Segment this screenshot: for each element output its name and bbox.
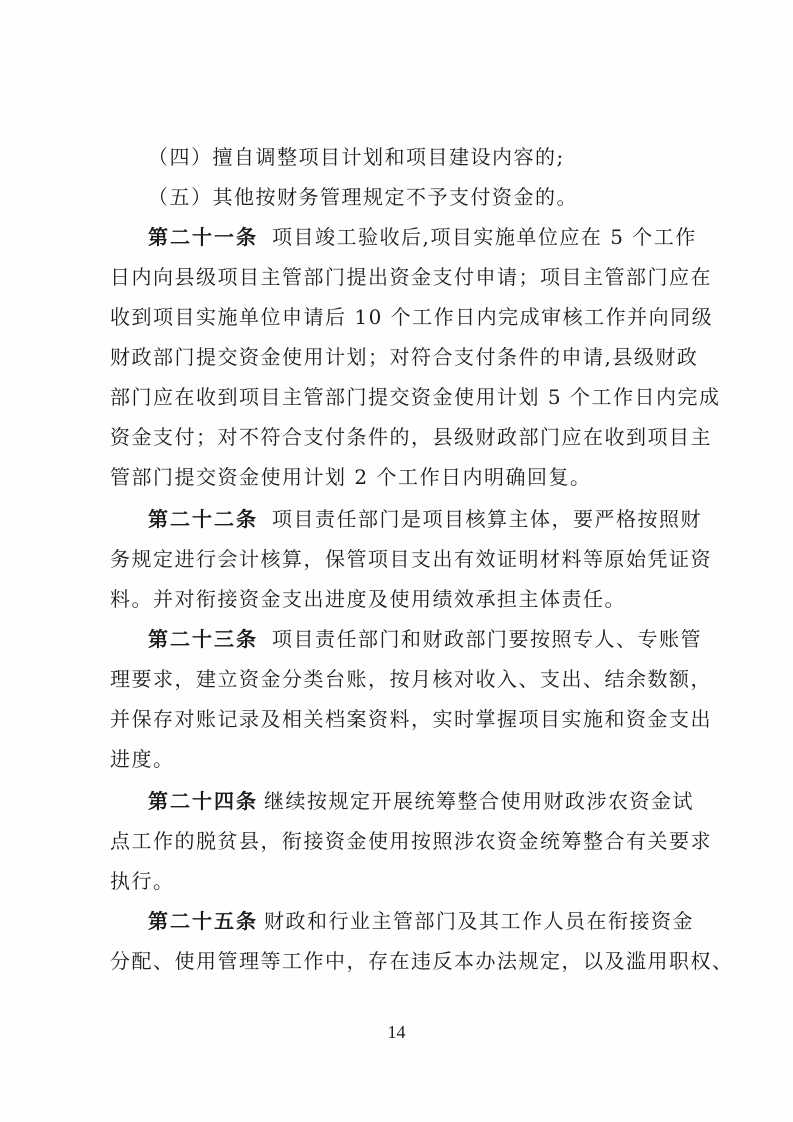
article-21-line-1: 第二十一条项目竣工验收后,项目实施单位应在 5 个工作	[148, 222, 690, 252]
article-title: 第二十四条	[148, 789, 258, 813]
article-21-line-4: 财政部门提交资金使用计划；对符合支付条件的申请,县级财政	[110, 342, 690, 372]
article-24-line-1: 第二十四条继续按规定开展统筹整合使用财政涉农资金试	[148, 786, 690, 816]
article-24-line-3: 执行。	[110, 866, 690, 896]
article-25-line-1: 第二十五条财政和行业主管部门及其工作人员在衔接资金	[148, 906, 690, 936]
article-21-line-5: 部门应在收到项目主管部门提交资金使用计划 5 个工作日内完成	[110, 382, 690, 412]
article-21-line-6: 资金支付；对不符合支付条件的，县级财政部门应在收到项目主	[110, 422, 690, 452]
article-22-line-3: 料。并对衔接资金支出进度及使用绩效承担主体责任。	[110, 584, 690, 614]
list-item-text: 其他按财务管理规定不予支付资金的。	[213, 185, 579, 209]
article-text: 项目责任部门是项目核算主体，要严格按照财	[272, 507, 702, 531]
article-21-line-2: 日内向县级项目主管部门提出资金支付申请；项目主管部门应在	[110, 262, 690, 292]
article-title: 第二十三条	[148, 627, 258, 651]
list-item-4: （四）擅自调整项目计划和项目建设内容的;	[148, 142, 690, 172]
article-text: 项目竣工验收后,项目实施单位应在 5 个工作	[272, 225, 697, 249]
article-21-line-7: 管部门提交资金使用计划 2 个工作日内明确回复。	[110, 462, 690, 492]
article-24-line-2: 点工作的脱贫县，衔接资金使用按照涉农资金统筹整合有关要求	[110, 826, 690, 856]
article-title: 第二十二条	[148, 507, 258, 531]
article-21-line-3: 收到项目实施单位申请后 10 个工作日内完成审核工作并向同级	[110, 302, 690, 332]
article-22-line-1: 第二十二条项目责任部门是项目核算主体，要严格按照财	[148, 504, 690, 534]
list-item-label: （五）	[148, 185, 213, 209]
list-item-5: （五）其他按财务管理规定不予支付资金的。	[148, 182, 690, 212]
document-page: （四）擅自调整项目计划和项目建设内容的; （五）其他按财务管理规定不予支付资金的…	[0, 0, 793, 1122]
article-text: 项目责任部门和财政部门要按照专人、专账管	[272, 627, 702, 651]
article-23-line-2: 理要求，建立资金分类台账，按月核对收入、支出、结余数额，	[110, 664, 690, 694]
list-item-text: 擅自调整项目计划和项目建设内容的;	[213, 145, 565, 169]
article-23-line-4: 进度。	[110, 744, 690, 774]
article-25-line-2: 分配、使用管理等工作中，存在违反本办法规定，以及滥用职权、	[110, 946, 690, 976]
article-text: 继续按规定开展统筹整合使用财政涉农资金试	[264, 789, 694, 813]
article-23-line-1: 第二十三条项目责任部门和财政部门要按照专人、专账管	[148, 624, 690, 654]
article-text: 财政和行业主管部门及其工作人员在衔接资金	[264, 909, 694, 933]
article-title: 第二十五条	[148, 909, 258, 933]
article-23-line-3: 并保存对账记录及相关档案资料，实时掌握项目实施和资金支出	[110, 704, 690, 734]
article-title: 第二十一条	[148, 225, 258, 249]
article-22-line-2: 务规定进行会计核算，保管项目支出有效证明材料等原始凭证资	[110, 544, 690, 574]
page-number: 14	[0, 1022, 793, 1043]
list-item-label: （四）	[148, 145, 213, 169]
